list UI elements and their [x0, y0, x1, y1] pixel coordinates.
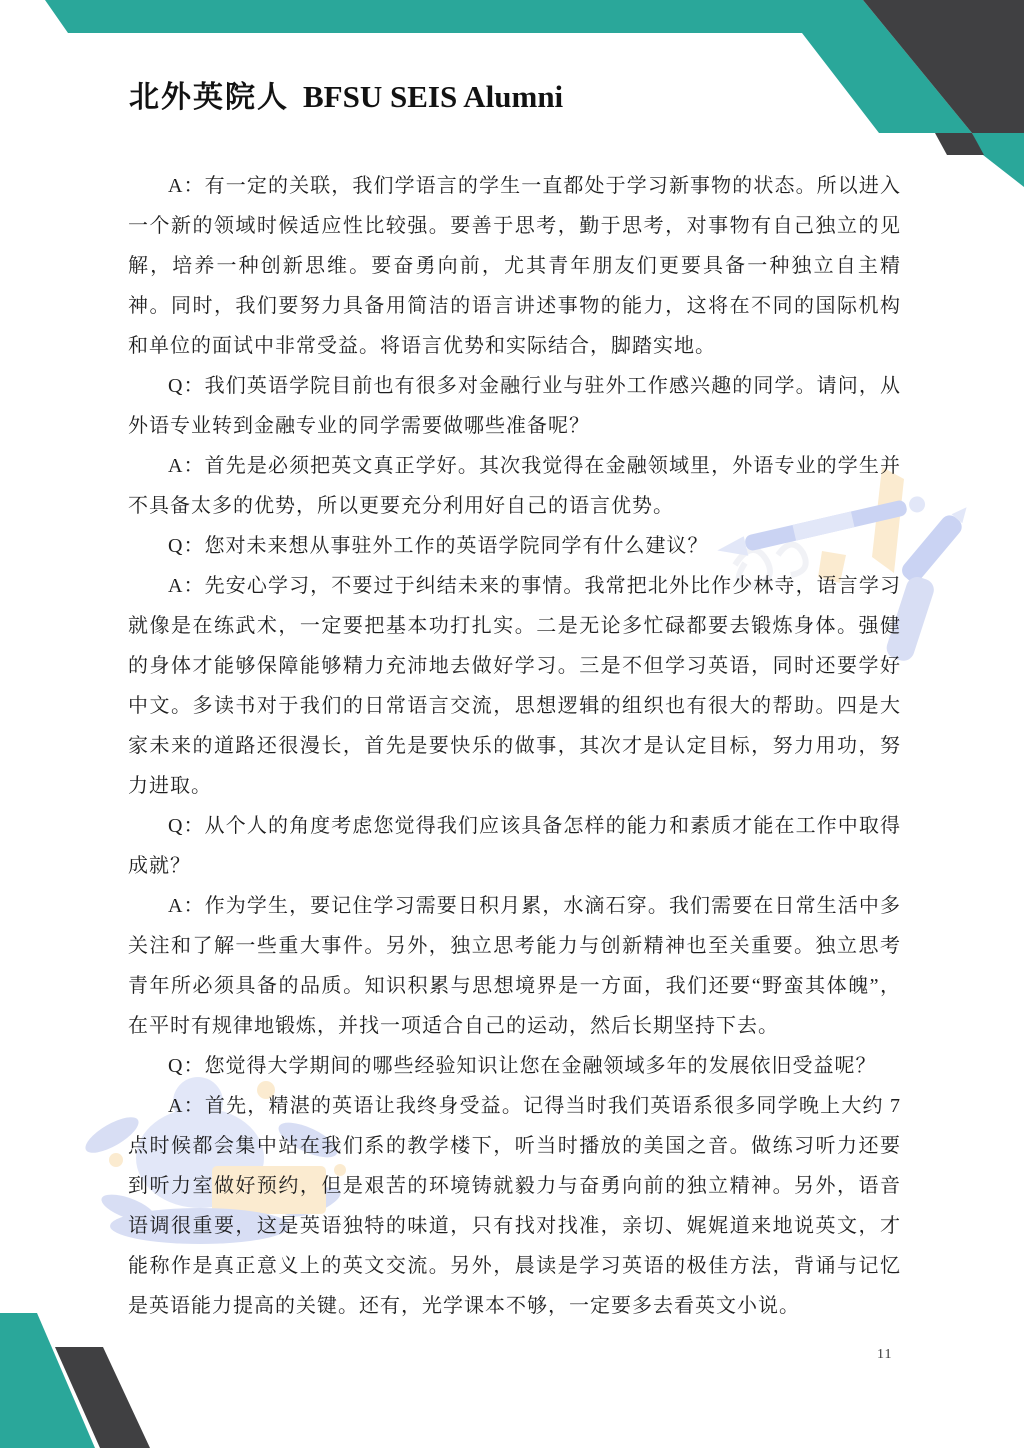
paragraph-question: Q：从个人的角度考虑您觉得我们应该具备怎样的能力和素质才能在工作中取得成就？: [128, 806, 901, 886]
paragraph-answer: A：有一定的关联，我们学语言的学生一直都处于学习新事物的状态。所以进入一个新的领…: [128, 166, 901, 366]
page-title-chinese: 北外英院人: [129, 80, 289, 115]
paragraph-question: Q：您觉得大学期间的哪些经验知识让您在金融领域多年的发展依旧受益呢？: [128, 1046, 901, 1086]
paragraph-question: Q：我们英语学院目前也有很多对金融行业与驻外工作感兴趣的同学。请问，从外语专业转…: [128, 366, 901, 446]
marker-icon: [898, 500, 975, 585]
page-number: 11: [877, 1347, 892, 1363]
paragraph-answer: A：首先是必须把英文真正学好。其次我觉得在金融领域里，外语专业的学生并不具备太多…: [128, 446, 901, 526]
paragraph-answer: A：作为学生，要记住学习需要日积月累，水滴石穿。我们需要在日常生活中多关注和了解…: [128, 886, 901, 1046]
paragraph-answer: A：首先，精湛的英语让我终身受益。记得当时我们英语系很多同学晚上大约 7 点时候…: [128, 1086, 901, 1326]
magazine-page: 北外英院人 BFSU SEIS Alumni A：有一定的关联，我们学语言的学生…: [0, 0, 1024, 1448]
yellow-dot-shape: [109, 1153, 123, 1167]
page-title-english: BFSU SEIS Alumni: [303, 79, 563, 114]
dark-corner-shape: [863, 0, 1024, 133]
interview-text: A：有一定的关联，我们学语言的学生一直都处于学习新事物的状态。所以进入一个新的领…: [128, 166, 901, 1326]
dark-corner-shape: [55, 1347, 150, 1448]
teal-accent-shape: [972, 133, 1024, 187]
small-dark-accent-shape: [935, 133, 984, 155]
teal-corner-shape: [0, 1313, 95, 1448]
page-title: 北外英院人 BFSU SEIS Alumni: [129, 72, 563, 116]
paragraph-answer: A：先安心学习，不要过于纠结未来的事情。我常把北外比作少林寺，语言学习就像是在练…: [128, 566, 901, 806]
paragraph-question: Q：您对未来想从事驻外工作的英语学院同学有什么建议？: [128, 526, 901, 566]
bottom-corner-decoration: [0, 1308, 200, 1448]
